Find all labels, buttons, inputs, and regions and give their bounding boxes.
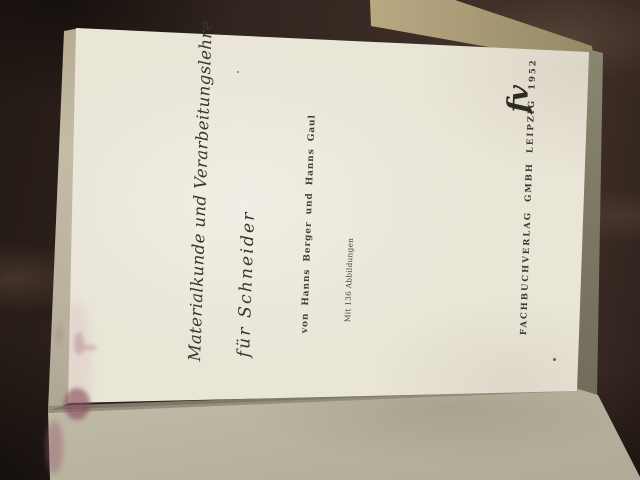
page-stain-corner xyxy=(64,388,90,420)
book-photo: Materialkunde und Verarbeitungslehre für… xyxy=(0,0,640,480)
page-stain-splat xyxy=(74,332,84,355)
paper-speck xyxy=(553,358,556,361)
publisher-logo: fv xyxy=(503,86,535,113)
page-stain-lower-edge xyxy=(46,420,63,474)
page-stain-small xyxy=(55,325,63,345)
paper-speck xyxy=(237,71,239,73)
page-stain-splat-arm xyxy=(80,344,97,351)
